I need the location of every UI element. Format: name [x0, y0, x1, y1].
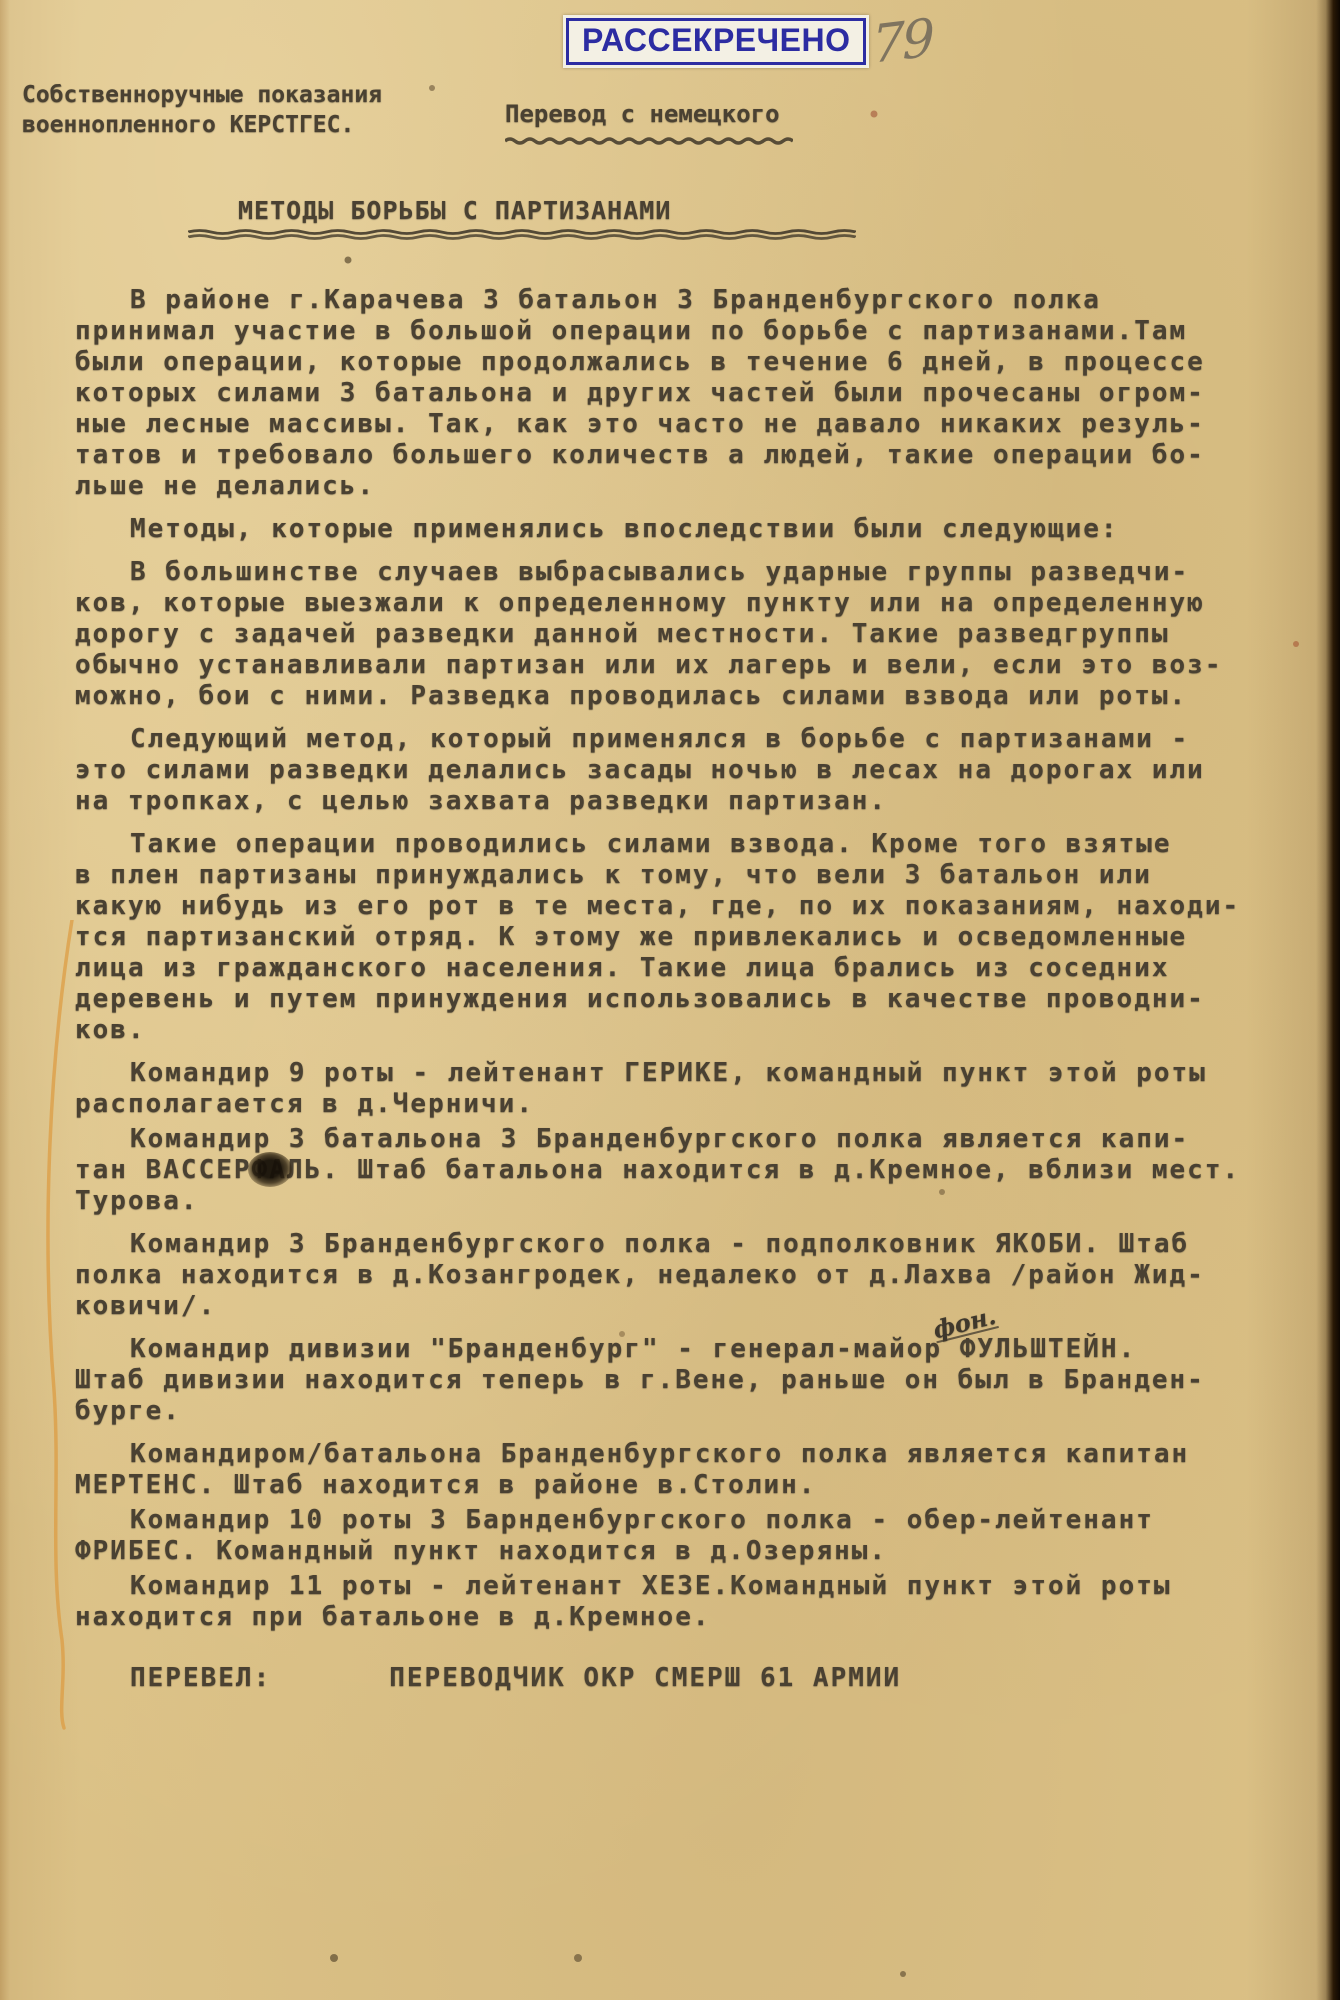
paragraph-8: Командир 3 Бранденбургского полка - подп…	[75, 1229, 1315, 1322]
page-title: МЕТОДЫ БОРЬБЫ С ПАРТИЗАНАМИ	[238, 196, 671, 225]
footer-translated-by-label: ПЕРЕВЕЛ:	[130, 1663, 271, 1694]
paragraph-9-text: Командир дивизии "Бранденбург" - генерал…	[75, 1334, 1205, 1426]
name-ink-blot: ФА	[252, 1155, 287, 1185]
testimony-source: Собственноручные показания военнопленног…	[22, 80, 382, 140]
ink-specks	[0, 0, 4, 4]
paragraph-5: Такие операции проводились силами взвода…	[75, 829, 1315, 1046]
paragraph-10: Командиром/батальона Бранденбургского по…	[75, 1439, 1315, 1501]
right-page-edge	[1316, 0, 1340, 2000]
paragraph-9: фон.Командир дивизии "Бранденбург" - ген…	[75, 1334, 1315, 1427]
paragraph-2: Методы, которые применялись впоследствии…	[75, 514, 1315, 545]
translator-signature-line: ПЕРЕВЕЛ: ПЕРЕВОДЧИК ОКР СМЕРШ 61 АРМИИ	[130, 1663, 1315, 1694]
paragraph-4: Следующий метод, который применялся в бо…	[75, 724, 1315, 817]
paragraph-12: Командир 11 роты - лейтенант ХЕЗЕ.Команд…	[75, 1571, 1315, 1633]
document-page: РАССЕКРЕЧЕНО 79 Собственноручные показан…	[0, 0, 1340, 2000]
paragraph-6: Командир 9 роты - лейтенант ГЕРИКЕ, кома…	[75, 1058, 1315, 1120]
declassified-stamp: РАССЕКРЕЧЕНО	[563, 15, 869, 68]
paragraph-7: Командир 3 батальона 3 Бранденбургского …	[75, 1124, 1315, 1217]
paragraph-11: Командир 10 роты 3 Барнденбургского полк…	[75, 1505, 1315, 1567]
paragraph-1: В районе г.Карачева 3 батальон 3 Бранден…	[75, 285, 1315, 502]
title-underline	[188, 228, 856, 242]
folio-number: 79	[872, 8, 933, 76]
translation-note-underline	[505, 136, 793, 146]
declassified-stamp-text: РАССЕКРЕЧЕНО	[566, 18, 866, 65]
footer-translator-title: ПЕРЕВОДЧИК ОКР СМЕРШ 61 АРМИИ	[389, 1663, 901, 1694]
testimony-source-line1: Собственноручные показания	[22, 80, 382, 110]
translation-note: Перевод с немецкого	[505, 100, 780, 128]
left-page-edge	[0, 0, 10, 2000]
paragraph-3: В большинстве случаев выбрасывались удар…	[75, 557, 1315, 712]
document-body: В районе г.Карачева 3 батальон 3 Бранден…	[75, 285, 1315, 1694]
testimony-source-line2: военнопленного КЕРСТГЕС.	[22, 110, 382, 140]
